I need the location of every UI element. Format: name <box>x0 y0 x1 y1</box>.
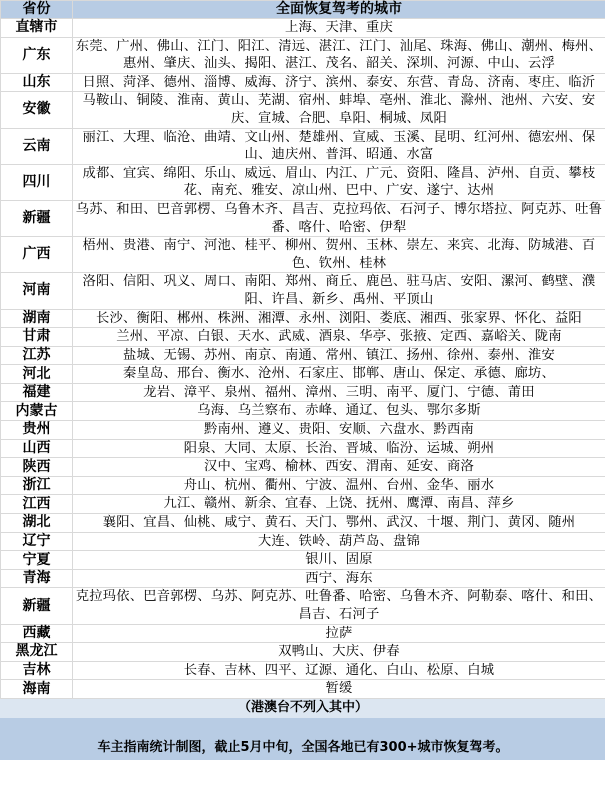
table-row: 甘肃兰州、平凉、白银、天水、武威、酒泉、华亭、张掖、定西、嘉峪关、陇南 <box>1 328 605 347</box>
table-row: 陕西汉中、宝鸡、榆林、西安、渭南、延安、商洛 <box>1 458 605 477</box>
cities-cell: 黔南州、遵义、贵阳、安顺、六盘水、黔西南 <box>73 421 605 440</box>
province-cell: 云南 <box>1 128 73 164</box>
province-cell: 浙江 <box>1 476 73 495</box>
table-row: 青海西宁、海东 <box>1 569 605 588</box>
cities-cell: 马鞍山、铜陵、淮南、黄山、芜湖、宿州、蚌埠、亳州、淮北、滁州、池州、六安、安庆、… <box>73 92 605 128</box>
cities-cell: 洛阳、信阳、巩义、周口、南阳、郑州、商丘、鹿邑、驻马店、安阳、漯河、鹤壁、濮阳、… <box>73 273 605 309</box>
column-header-province: 省份 <box>1 1 73 19</box>
cities-cell: 乌苏、和田、巴音郭楞、乌鲁木齐、昌吉、克拉玛依、石河子、博尔塔拉、阿克苏、吐鲁番… <box>73 200 605 236</box>
cities-cell: 成都、宜宾、绵阳、乐山、威远、眉山、内江、广元、资阳、隆昌、泸州、自贡、攀枝花、… <box>73 164 605 200</box>
cities-cell: 盐城、无锡、苏州、南京、南通、常州、镇江、扬州、徐州、泰州、淮安 <box>73 346 605 365</box>
province-cell: 广西 <box>1 237 73 273</box>
province-cell: 四川 <box>1 164 73 200</box>
table-row: 河南洛阳、信阳、巩义、周口、南阳、郑州、商丘、鹿邑、驻马店、安阳、漯河、鹤壁、濮… <box>1 273 605 309</box>
table-row: 山西阳泉、大同、太原、长治、晋城、临汾、运城、朔州 <box>1 439 605 458</box>
cities-cell: 乌海、乌兰察布、赤峰、通辽、包头、鄂尔多斯 <box>73 402 605 421</box>
cities-cell: 西宁、海东 <box>73 569 605 588</box>
column-header-cities: 全面恢复驾考的城市 <box>73 1 605 19</box>
table-header-row: 省份 全面恢复驾考的城市 <box>1 1 605 19</box>
province-cell: 山东 <box>1 73 73 92</box>
table-row: 海南暂缓 <box>1 680 605 699</box>
province-cell: 直辖市 <box>1 19 73 38</box>
province-cell: 湖南 <box>1 309 73 328</box>
cities-cell: 九江、赣州、新余、宜春、上饶、抚州、鹰潭、南昌、萍乡 <box>73 495 605 514</box>
province-cell: 内蒙古 <box>1 402 73 421</box>
table-row: 安徽马鞍山、铜陵、淮南、黄山、芜湖、宿州、蚌埠、亳州、淮北、滁州、池州、六安、安… <box>1 92 605 128</box>
exclusion-note: （港澳台不列入其中） <box>1 698 605 717</box>
cities-cell: 阳泉、大同、太原、长治、晋城、临汾、运城、朔州 <box>73 439 605 458</box>
cities-cell: 日照、菏泽、德州、淄博、威海、济宁、滨州、泰安、东营、青岛、济南、枣庄、临沂 <box>73 73 605 92</box>
province-cell: 湖北 <box>1 514 73 533</box>
table-row: 山东日照、菏泽、德州、淄博、威海、济宁、滨州、泰安、东营、青岛、济南、枣庄、临沂 <box>1 73 605 92</box>
province-cell: 西藏 <box>1 624 73 643</box>
table-row: 浙江舟山、杭州、衢州、宁波、温州、台州、金华、丽水 <box>1 476 605 495</box>
table-row: 西藏拉萨 <box>1 624 605 643</box>
note-row: （港澳台不列入其中） <box>1 698 605 717</box>
table-row: 湖南长沙、衡阳、郴州、株洲、湘潭、永州、浏阳、娄底、湘西、张家界、怀化、益阳 <box>1 309 605 328</box>
province-cell: 河南 <box>1 273 73 309</box>
cities-cell: 兰州、平凉、白银、天水、武威、酒泉、华亭、张掖、定西、嘉峪关、陇南 <box>73 328 605 347</box>
province-cell: 新疆 <box>1 200 73 236</box>
province-cell: 宁夏 <box>1 551 73 570</box>
table-row: 宁夏银川、固原 <box>1 551 605 570</box>
cities-cell: 东莞、广州、佛山、江门、阳江、清远、湛江、江门、汕尾、珠海、佛山、潮州、梅州、惠… <box>73 37 605 73</box>
cities-cell: 襄阳、宜昌、仙桃、咸宁、黄石、天门、鄂州、武汉、十堰、荆门、黄冈、随州 <box>73 514 605 533</box>
province-cell: 江西 <box>1 495 73 514</box>
province-cell: 海南 <box>1 680 73 699</box>
cities-cell: 秦皇岛、邢台、衡水、沧州、石家庄、邯郸、唐山、保定、承德、廊坊、 <box>73 365 605 384</box>
table-row: 黑龙江双鸭山、大庆、伊春 <box>1 643 605 662</box>
table-row: 直辖市上海、天津、重庆 <box>1 19 605 38</box>
table-row: 四川成都、宜宾、绵阳、乐山、威远、眉山、内江、广元、资阳、隆昌、泸州、自贡、攀枝… <box>1 164 605 200</box>
source-caption: 车主指南统计制图，截止5月中旬，全国各地已有300+城市恢复驾考。 <box>1 717 605 759</box>
table-row: 江西九江、赣州、新余、宜春、上饶、抚州、鹰潭、南昌、萍乡 <box>1 495 605 514</box>
table-row: 吉林长春、吉林、四平、辽源、通化、白山、松原、白城 <box>1 661 605 680</box>
footer-row: 车主指南统计制图，截止5月中旬，全国各地已有300+城市恢复驾考。 <box>1 717 605 759</box>
cities-cell: 银川、固原 <box>73 551 605 570</box>
table-row: 贵州黔南州、遵义、贵阳、安顺、六盘水、黔西南 <box>1 421 605 440</box>
table-row: 河北秦皇岛、邢台、衡水、沧州、石家庄、邯郸、唐山、保定、承德、廊坊、 <box>1 365 605 384</box>
province-cell: 山西 <box>1 439 73 458</box>
province-cell: 陕西 <box>1 458 73 477</box>
table-row: 新疆克拉玛依、巴音郭楞、乌苏、阿克苏、吐鲁番、哈密、乌鲁木齐、阿勒泰、喀什、和田… <box>1 588 605 624</box>
cities-cell: 汉中、宝鸡、榆林、西安、渭南、延安、商洛 <box>73 458 605 477</box>
driving-test-cities-table: 省份 全面恢复驾考的城市 直辖市上海、天津、重庆广东东莞、广州、佛山、江门、阳江… <box>0 0 605 760</box>
table-row: 广东东莞、广州、佛山、江门、阳江、清远、湛江、江门、汕尾、珠海、佛山、潮州、梅州… <box>1 37 605 73</box>
province-cell: 辽宁 <box>1 532 73 551</box>
province-cell: 广东 <box>1 37 73 73</box>
province-cell: 江苏 <box>1 346 73 365</box>
table-row: 湖北襄阳、宜昌、仙桃、咸宁、黄石、天门、鄂州、武汉、十堰、荆门、黄冈、随州 <box>1 514 605 533</box>
cities-cell: 龙岩、漳平、泉州、福州、漳州、三明、南平、厦门、宁德、莆田 <box>73 383 605 402</box>
province-cell: 新疆 <box>1 588 73 624</box>
cities-cell: 舟山、杭州、衢州、宁波、温州、台州、金华、丽水 <box>73 476 605 495</box>
table-row: 新疆乌苏、和田、巴音郭楞、乌鲁木齐、昌吉、克拉玛依、石河子、博尔塔拉、阿克苏、吐… <box>1 200 605 236</box>
cities-cell: 丽江、大理、临沧、曲靖、文山州、楚雄州、宣威、玉溪、昆明、红河州、德宏州、保山、… <box>73 128 605 164</box>
province-cell: 安徽 <box>1 92 73 128</box>
cities-cell: 梧州、贵港、南宁、河池、桂平、柳州、贺州、玉林、崇左、来宾、北海、防城港、百色、… <box>73 237 605 273</box>
cities-cell: 双鸭山、大庆、伊春 <box>73 643 605 662</box>
table-row: 内蒙古乌海、乌兰察布、赤峰、通辽、包头、鄂尔多斯 <box>1 402 605 421</box>
cities-cell: 克拉玛依、巴音郭楞、乌苏、阿克苏、吐鲁番、哈密、乌鲁木齐、阿勒泰、喀什、和田、昌… <box>73 588 605 624</box>
cities-cell: 暂缓 <box>73 680 605 699</box>
cities-cell: 长沙、衡阳、郴州、株洲、湘潭、永州、浏阳、娄底、湘西、张家界、怀化、益阳 <box>73 309 605 328</box>
province-cell: 吉林 <box>1 661 73 680</box>
table-row: 福建龙岩、漳平、泉州、福州、漳州、三明、南平、厦门、宁德、莆田 <box>1 383 605 402</box>
table-row: 江苏盐城、无锡、苏州、南京、南通、常州、镇江、扬州、徐州、泰州、淮安 <box>1 346 605 365</box>
table-row: 辽宁大连、铁岭、葫芦岛、盘锦 <box>1 532 605 551</box>
province-cell: 黑龙江 <box>1 643 73 662</box>
cities-cell: 长春、吉林、四平、辽源、通化、白山、松原、白城 <box>73 661 605 680</box>
province-cell: 河北 <box>1 365 73 384</box>
cities-cell: 上海、天津、重庆 <box>73 19 605 38</box>
table-body: 直辖市上海、天津、重庆广东东莞、广州、佛山、江门、阳江、清远、湛江、江门、汕尾、… <box>1 19 605 699</box>
province-cell: 甘肃 <box>1 328 73 347</box>
cities-cell: 拉萨 <box>73 624 605 643</box>
cities-cell: 大连、铁岭、葫芦岛、盘锦 <box>73 532 605 551</box>
table-row: 云南丽江、大理、临沧、曲靖、文山州、楚雄州、宣威、玉溪、昆明、红河州、德宏州、保… <box>1 128 605 164</box>
table-row: 广西梧州、贵港、南宁、河池、桂平、柳州、贺州、玉林、崇左、来宾、北海、防城港、百… <box>1 237 605 273</box>
province-cell: 青海 <box>1 569 73 588</box>
province-cell: 福建 <box>1 383 73 402</box>
province-cell: 贵州 <box>1 421 73 440</box>
